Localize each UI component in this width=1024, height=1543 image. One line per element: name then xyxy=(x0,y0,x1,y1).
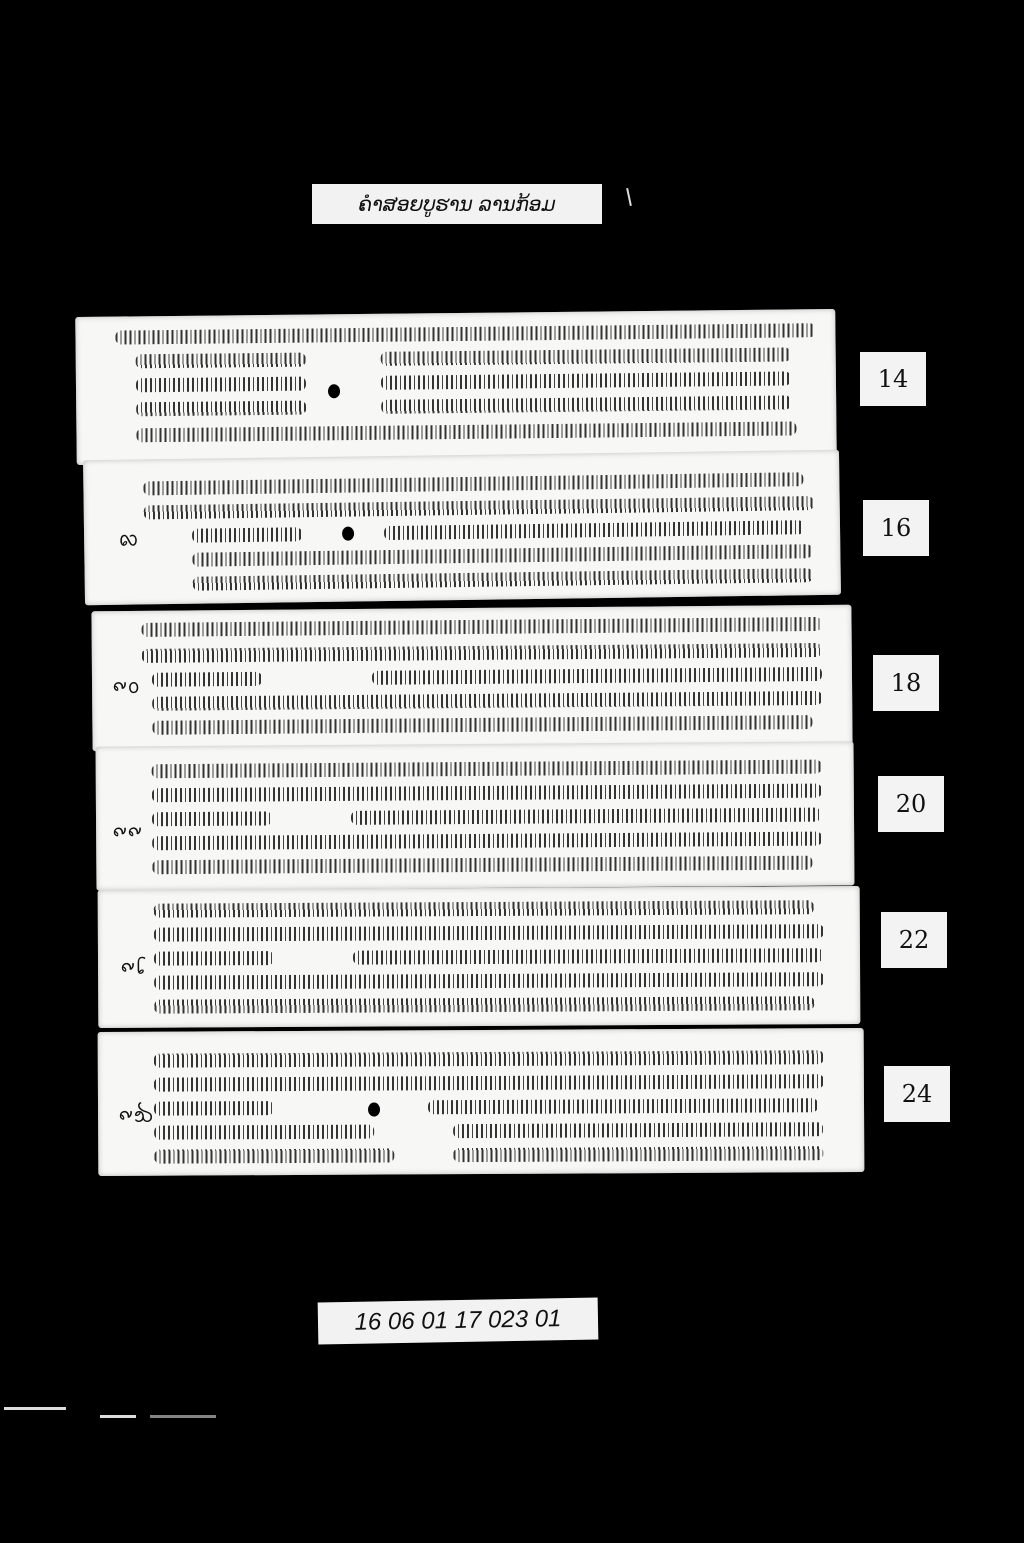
palm-leaf-5: ᪑᪒ xyxy=(98,886,861,1028)
page-number-label: 22 xyxy=(881,912,947,968)
page-number-label: 18 xyxy=(873,655,939,711)
page-number-label: 16 xyxy=(863,500,929,556)
page-number-label: 14 xyxy=(860,352,926,406)
stray-mark xyxy=(4,1407,66,1410)
stray-mark xyxy=(626,188,632,206)
catalog-code-label: 16 06 01 17 023 01 xyxy=(318,1298,599,1345)
palm-leaf-6: ᪑᪓ xyxy=(98,1028,865,1176)
palm-leaf-1 xyxy=(75,309,837,465)
palm-leaf-3: ᪑᪐ xyxy=(91,605,852,752)
manuscript-title-label: ຄຳສອຍບູຮານ ລານກ້ອມ xyxy=(312,184,602,224)
palm-leaf-4: ᪑᪑ xyxy=(96,741,855,890)
stray-mark xyxy=(150,1415,216,1418)
stray-mark xyxy=(100,1415,136,1418)
page-number-label: 24 xyxy=(884,1066,950,1122)
page-number-label: 20 xyxy=(878,776,944,832)
palm-leaf-2: ᪙ xyxy=(83,450,841,606)
